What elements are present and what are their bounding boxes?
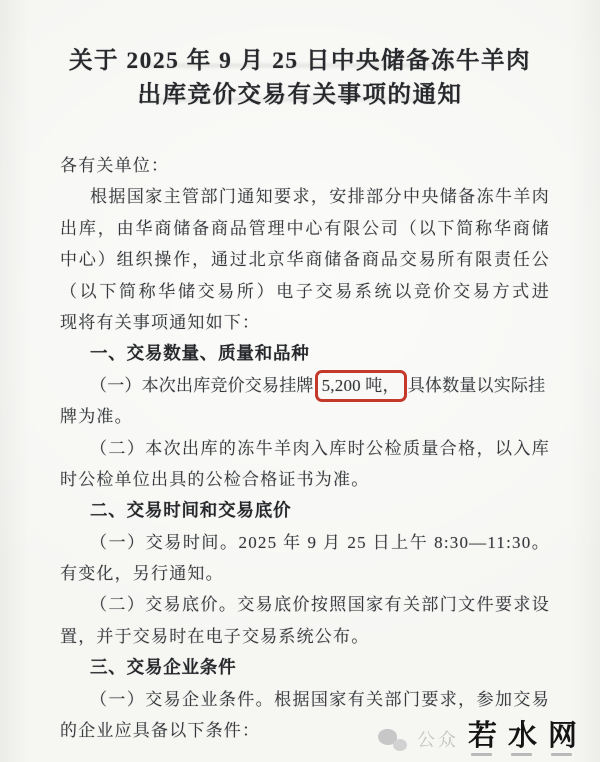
doc-line: 出库，由华商储备商品管理中心有限公司（以下简称华商储备 — [60, 213, 550, 244]
document-body: 各有关单位： 根据国家主管部门通知要求，安排部分中央储备冻牛羊肉出库，由华商储备… — [60, 150, 550, 746]
doc-line: （一）本次出库竞价交易挂牌5,200 吨，具体数量以实际挂 — [60, 370, 550, 401]
doc-line: 有变化，另行通知。 — [60, 558, 550, 589]
doc-line: 根据国家主管部门通知要求，安排部分中央储备冻牛羊肉 — [60, 181, 550, 212]
doc-line: （二）本次出库的冻牛羊肉入库时公检质量合格，以入库 — [60, 433, 550, 464]
doc-line: （一）交易企业条件。根据国家有关部门要求，参加交易 — [60, 684, 550, 715]
doc-line: 时公检单位出具的公检合格证书为准。 — [60, 464, 550, 495]
doc-line: （一）交易时间。2025 年 9 月 25 日上午 8:30—11:30。如 — [60, 527, 550, 558]
doc-line: （二）交易底价。交易底价按照国家有关部门文件要求设 — [60, 589, 550, 620]
scanned-notice-page: 关于 2025 年 9 月 25 日中央储备冻牛羊肉 出库竞价交易有关事项的通知… — [0, 0, 600, 762]
watermark-prefix: 公众 — [417, 726, 459, 752]
watermark-subtext — [471, 753, 572, 756]
doc-line: 现将有关事项通知如下： — [60, 307, 550, 338]
section-heading: 一、交易数量、质量和品种 — [60, 338, 550, 369]
doc-line: 置，并于交易时在电子交易系统公布。 — [60, 621, 550, 652]
wechat-bubbles-icon — [378, 727, 408, 752]
section-heading: 三、交易企业条件 — [60, 652, 550, 683]
watermark-brand: 若水网 — [468, 721, 588, 758]
watermark: 公众 若水网 — [378, 721, 588, 758]
notice-title-line1: 关于 2025 年 9 月 25 日中央储备冻牛羊肉 — [0, 44, 600, 78]
doc-line: 中心）组织操作，通过北京华商储备商品交易所有限责任公司 — [60, 244, 550, 275]
doc-line: （以下简称华储交易所）电子交易系统以竞价交易方式进行。 — [60, 276, 550, 307]
watermark-brand-text: 若水网 — [468, 721, 588, 751]
doc-line: 牌为准。 — [60, 401, 550, 432]
highlight-box: 5,200 吨， — [315, 370, 407, 402]
salutation: 各有关单位： — [60, 150, 550, 181]
notice-title: 关于 2025 年 9 月 25 日中央储备冻牛羊肉 出库竞价交易有关事项的通知 — [0, 44, 600, 112]
notice-title-line2: 出库竞价交易有关事项的通知 — [0, 78, 600, 112]
section-heading: 二、交易时间和交易底价 — [60, 495, 550, 526]
